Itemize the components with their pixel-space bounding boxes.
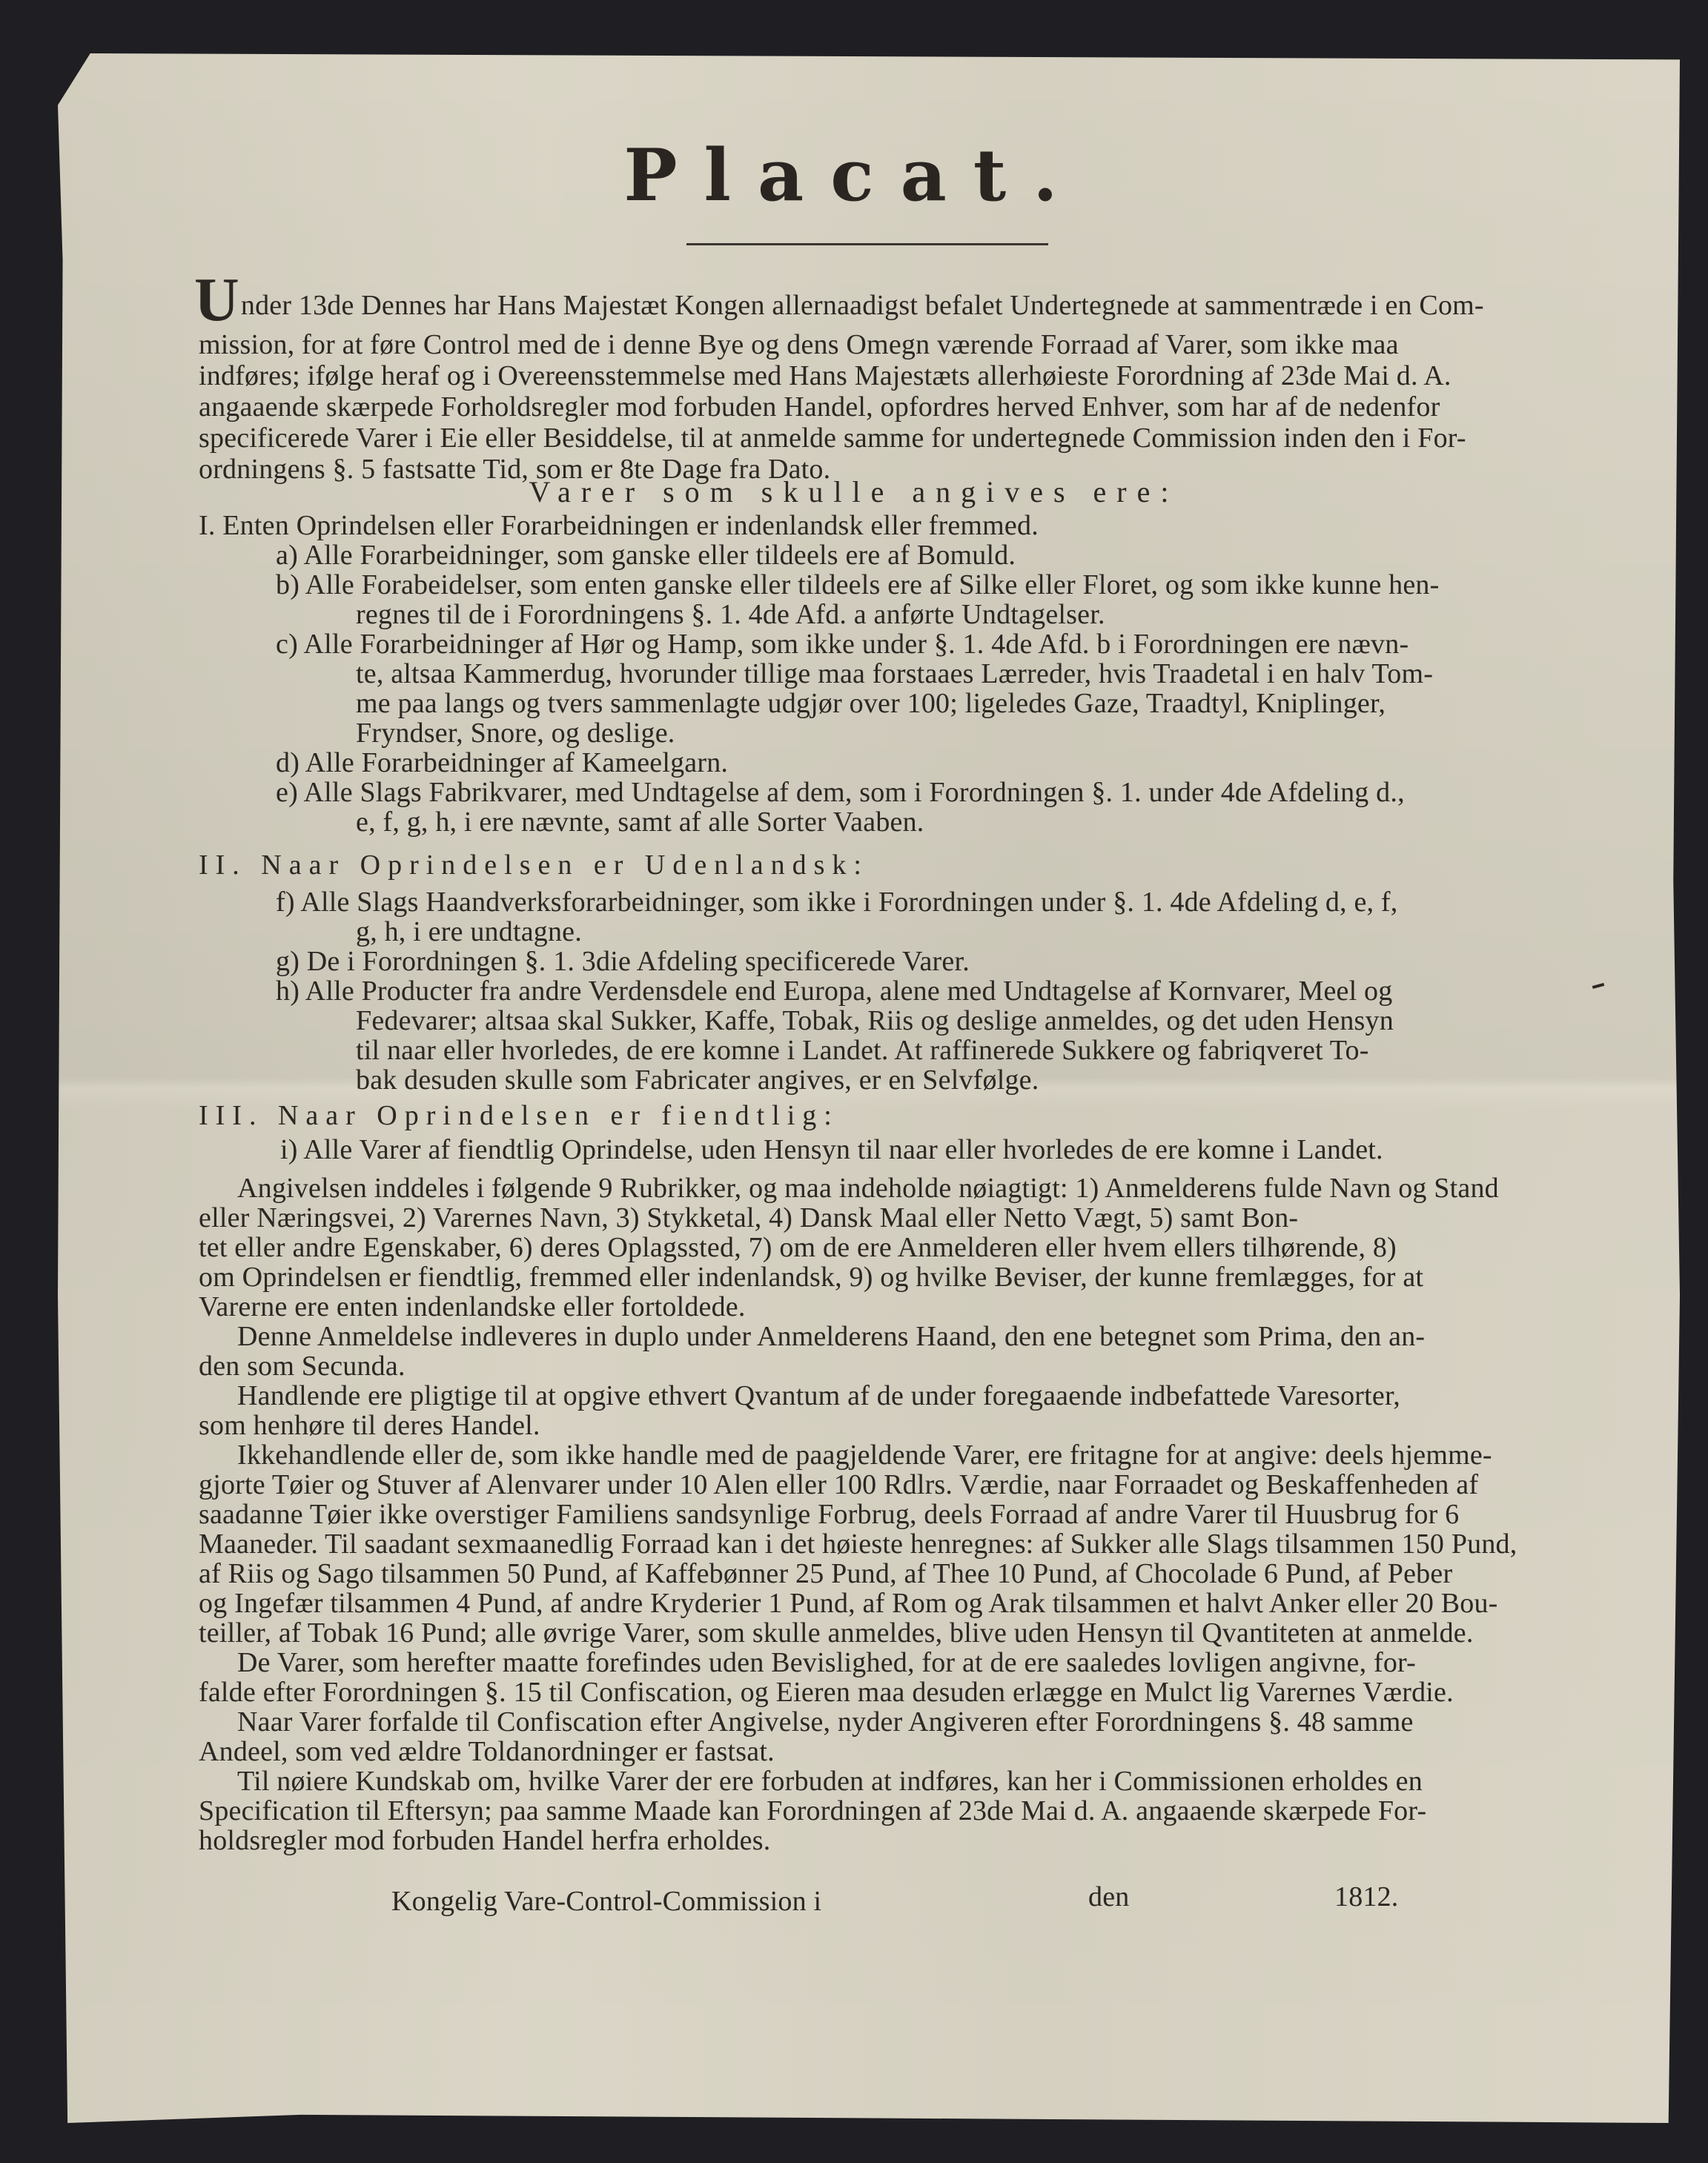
- para-2-line-1: Denne Anmeldelse indleveres in duplo und…: [237, 1322, 1425, 1351]
- para-2-line-2: den som Secunda.: [199, 1352, 406, 1380]
- drop-cap: U: [194, 265, 239, 334]
- para-6-line-2: Andeel, som ved ældre Toldanordninger er…: [199, 1738, 775, 1766]
- para-7-line-3: holdsregler mod forbuden Handel herfra e…: [199, 1826, 770, 1855]
- item-i: i) Alle Varer af fiendtlig Oprindelse, u…: [280, 1136, 1383, 1164]
- item-h-line-2: Fedevarer; altsaa skal Sukker, Kaffe, To…: [356, 1007, 1394, 1035]
- para-1-line-4: om Oprindelsen er fiendtlig, fremmed ell…: [199, 1263, 1423, 1291]
- para-4-line-6: og Ingefær tilsammen 4 Pund, af andre Kr…: [199, 1589, 1498, 1617]
- para-1-line-1: Angivelsen inddeles i følgende 9 Rubrikk…: [237, 1174, 1499, 1202]
- item-b-line-2: regnes til de i Forordningens §. 1. 4de …: [356, 600, 1105, 629]
- item-a: a) Alle Forarbeidninger, som ganske elle…: [276, 541, 1016, 569]
- item-b: b) Alle Forabeidelser, som enten ganske …: [276, 571, 1439, 599]
- item-c-line-2: te, altsaa Kammerdug, hvorunder tillige …: [356, 660, 1433, 688]
- signature-commission: Kongelig Vare-Control-Commission i: [391, 1887, 821, 1915]
- item-e: e) Alle Slags Fabrikvarer, med Undtagels…: [276, 778, 1405, 806]
- para-1-line-3: tet eller andre Egenskaber, 6) deres Opl…: [199, 1233, 1397, 1262]
- item-c-line-3: me paa langs og tvers sammenlagte udgjør…: [356, 689, 1386, 718]
- para-4-line-4: Maaneder. Til saadant sexmaanedlig Forra…: [199, 1530, 1517, 1558]
- para-1-line-2: eller Næringsvei, 2) Varernes Navn, 3) S…: [199, 1204, 1298, 1232]
- para-3-line-2: som henhøre til deres Handel.: [199, 1411, 540, 1440]
- item-c-line-4: Fryndser, Snore, og deslige.: [356, 719, 675, 747]
- item-c: c) Alle Forarbeidninger af Hør og Hamp, …: [276, 630, 1409, 658]
- para-5-line-2: falde efter Forordningen §. 15 til Confi…: [199, 1678, 1454, 1706]
- para-4-line-5: af Riis og Sago tilsammen 50 Pund, af Ka…: [199, 1560, 1452, 1588]
- item-f-line-2: g, h, i ere undtagne.: [356, 918, 582, 946]
- intro-line-5: specificerede Varer i Eie eller Besiddel…: [199, 424, 1466, 452]
- intro-line-4: angaaende skærpede Forholdsregler mod fo…: [199, 393, 1440, 421]
- goods-heading: Varer som skulle angives ere:: [0, 474, 1708, 509]
- para-6-line-1: Naar Varer forfalde til Confiscation eft…: [237, 1708, 1414, 1736]
- para-4-line-1: Ikkehandlende eller de, som ikke handle …: [237, 1441, 1492, 1469]
- item-h-line-3: til naar eller hvorledes, de ere komne i…: [356, 1036, 1369, 1064]
- signature-year: 1812.: [1334, 1883, 1399, 1911]
- title-rule: [686, 243, 1048, 245]
- item-d: d) Alle Forarbeidninger af Kameelgarn.: [276, 749, 728, 777]
- section-3-heading: III. Naar Oprindelsen er fiendtlig:: [199, 1102, 839, 1130]
- para-7-line-2: Specification til Eftersyn; paa samme Ma…: [199, 1797, 1426, 1825]
- item-h-line-4: bak desuden skulle som Fabricater angive…: [356, 1066, 1039, 1094]
- para-5-line-1: De Varer, som herefter maatte forefindes…: [237, 1649, 1416, 1677]
- para-1-line-5: Varerne ere enten indenlandske eller for…: [199, 1293, 746, 1321]
- item-h: h) Alle Producter fra andre Verdensdele …: [276, 977, 1392, 1005]
- intro-line-2: mission, for at føre Control med de i de…: [199, 331, 1399, 359]
- section-2-heading: II. Naar Oprindelsen er Udenlandsk:: [199, 851, 869, 879]
- para-4-line-2: gjorte Tøier og Stuver af Alenvarer unde…: [199, 1471, 1478, 1499]
- item-g: g) De i Forordningen §. 1. 3die Afdeling…: [276, 947, 970, 975]
- intro-line-1: Under 13de Dennes har Hans Majestæt Kong…: [194, 286, 1484, 319]
- para-3-line-1: Handlende ere pligtige til at opgive eth…: [237, 1382, 1400, 1410]
- section-1-heading: I. Enten Oprindelsen eller Forarbeidning…: [199, 511, 1039, 540]
- signature-den: den: [1088, 1883, 1129, 1911]
- para-4-line-7: teiller, af Tobak 16 Pund; alle øvrige V…: [199, 1619, 1474, 1647]
- intro-line-3: indføres; ifølge heraf og i Overeensstem…: [199, 362, 1452, 390]
- item-f: f) Alle Slags Haandverksforarbeidninger,…: [276, 888, 1397, 916]
- item-e-line-2: e, f, g, h, i ere nævnte, samt af alle S…: [356, 808, 924, 836]
- document-title: Placat.: [0, 133, 1708, 217]
- para-7-line-1: Til nøiere Kundskab om, hvilke Varer der…: [237, 1767, 1423, 1795]
- para-4-line-3: saadanne Tøier ikke overstiger Familiens…: [199, 1500, 1459, 1528]
